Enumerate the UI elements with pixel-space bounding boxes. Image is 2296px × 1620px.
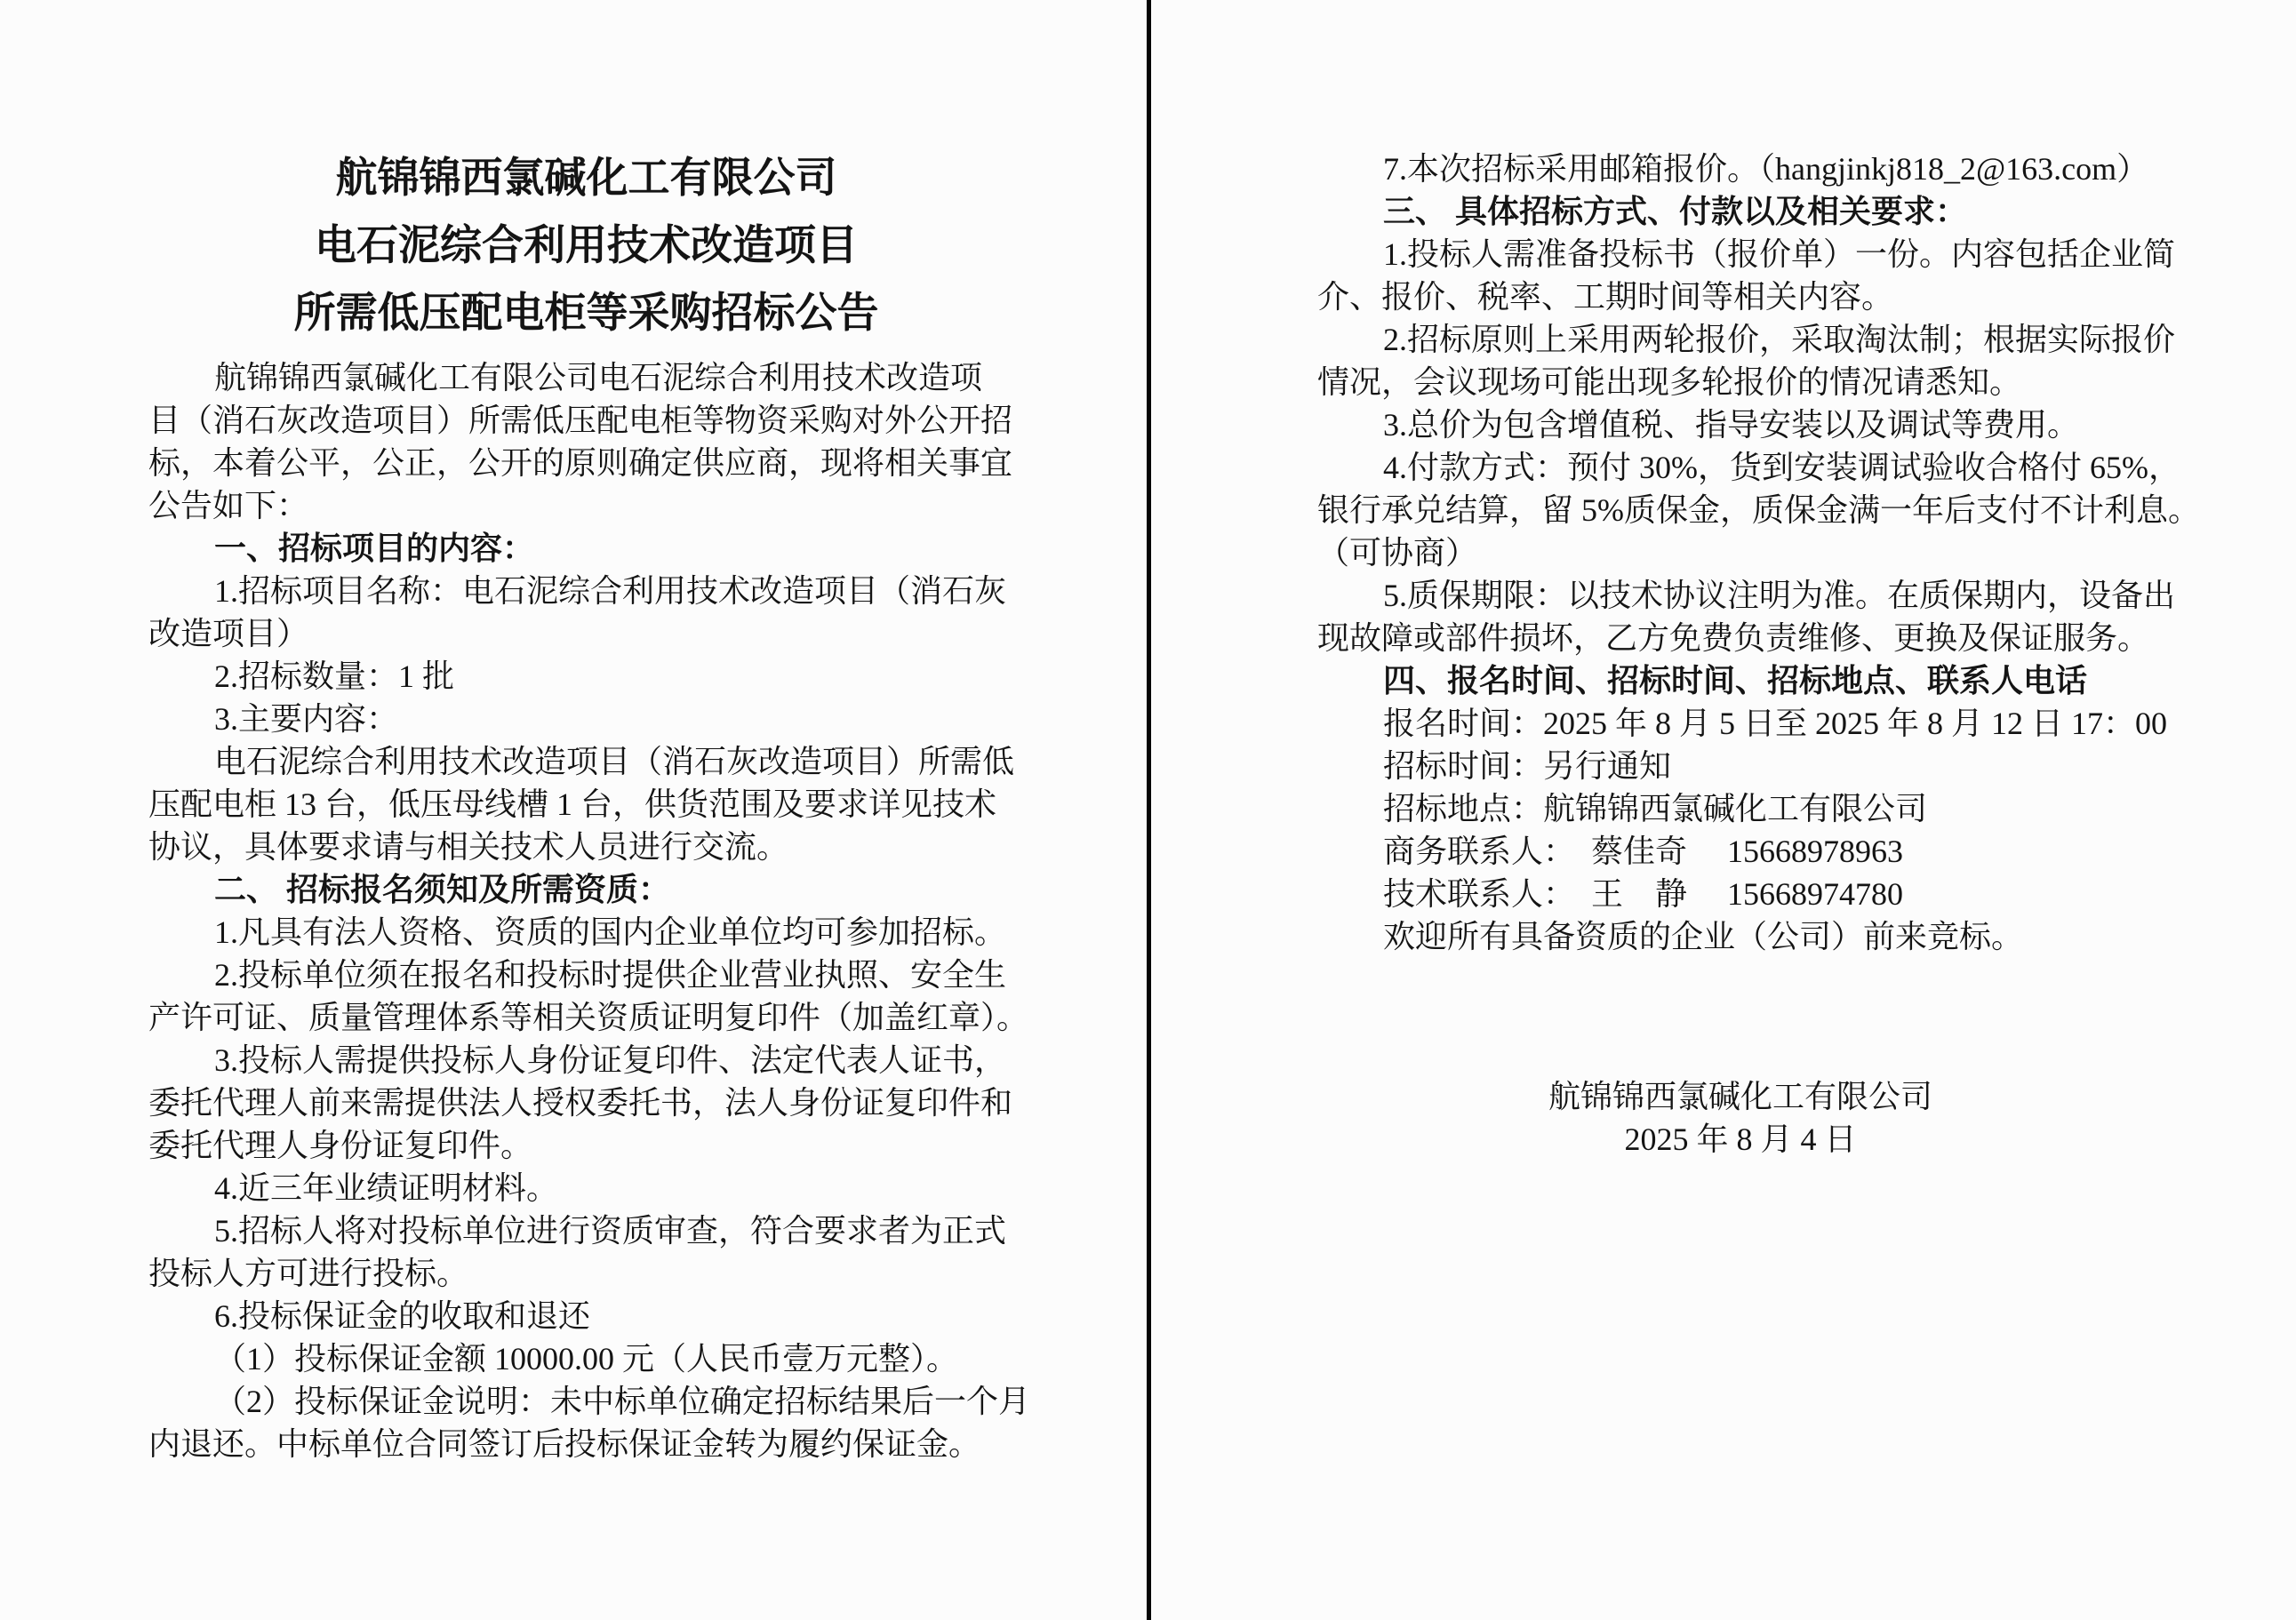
document-title: 航锦锦西氯碱化工有限公司 电石泥综合利用技术改造项目 所需低压配电柜等采购招标公…	[148, 145, 1024, 347]
page-right: 7.本次招标采用邮箱报价。（hangjinkj818_2@163.com） 三、…	[1317, 148, 2164, 1161]
signature-date: 2025 年 8 月 4 日	[1317, 1118, 2164, 1161]
text-line: 银行承兑结算，留 5%质保金，质保金满一年后支付不计利息。	[1317, 489, 2164, 531]
text-line: 欢迎所有具备资质的企业（公司）前来竞标。	[1317, 915, 2164, 958]
contact-line: 商务联系人： 蔡佳奇 15668978963	[1317, 830, 2164, 873]
text-line: 1.投标人需准备投标书（报价单）一份。内容包括企业简	[1317, 233, 2164, 275]
text-line: （可协商）	[1317, 531, 2164, 574]
text-line: 标，本着公平，公正，公开的原则确定供应商，现将相关事宜	[148, 442, 1024, 484]
text-line: 压配电柜 13 台，低压母线槽 1 台，供货范围及要求详见技术	[148, 783, 1024, 826]
text-line: 5.质保期限：以技术协议注明为准。在质保期内，设备出	[1317, 574, 2164, 617]
section-heading: 二、 招标报名须知及所需资质：	[148, 868, 1024, 911]
text-line: 3.总价为包含增值税、指导安装以及调试等费用。	[1317, 403, 2164, 446]
text-line: 2.招标原则上采用两轮报价，采取淘汰制；根据实际报价	[1317, 318, 2164, 361]
page-left: 航锦锦西氯碱化工有限公司 电石泥综合利用技术改造项目 所需低压配电柜等采购招标公…	[148, 145, 1024, 1465]
text-line: 委托代理人前来需提供法人授权委托书，法人身份证复印件和	[148, 1081, 1024, 1124]
text-line: 目（消石灰改造项目）所需低压配电柜等物资采购对外公开招	[148, 399, 1024, 442]
text-line: 委托代理人身份证复印件。	[148, 1124, 1024, 1167]
section-heading: 三、 具体招标方式、付款以及相关要求：	[1317, 190, 2164, 233]
signature-company: 航锦锦西氯碱化工有限公司	[1317, 1075, 2164, 1118]
text-line: 6.投标保证金的收取和退还	[148, 1295, 1024, 1337]
text-line: 介、报价、税率、工期时间等相关内容。	[1317, 275, 2164, 318]
text-line: 4.付款方式：预付 30%，货到安装调试验收合格付 65%，	[1317, 446, 2164, 489]
text-line: （2）投标保证金说明：未中标单位确定招标结果后一个月	[148, 1380, 1024, 1423]
contact-line: 技术联系人： 王 静 15668974780	[1317, 873, 2164, 915]
text-line: 电石泥综合利用技术改造项目（消石灰改造项目）所需低	[148, 740, 1024, 783]
doc-title-line: 电石泥综合利用技术改造项目	[148, 212, 1024, 280]
section-heading: 四、报名时间、招标时间、招标地点、联系人电话	[1317, 659, 2164, 702]
text-line: 协议，具体要求请与相关技术人员进行交流。	[148, 826, 1024, 868]
text-line: 3.主要内容：	[148, 698, 1024, 740]
doc-title-line: 航锦锦西氯碱化工有限公司	[148, 145, 1024, 212]
text-line: 现故障或部件损坏，乙方免费负责维修、更换及保证服务。	[1317, 617, 2164, 659]
text-line: 2.招标数量：1 批	[148, 655, 1024, 698]
text-line: 改造项目）	[148, 612, 1024, 655]
text-line: 招标时间：另行通知	[1317, 745, 2164, 787]
text-line: 航锦锦西氯碱化工有限公司电石泥综合利用技术改造项	[148, 356, 1024, 399]
left-page-body: 航锦锦西氯碱化工有限公司电石泥综合利用技术改造项 目（消石灰改造项目）所需低压配…	[148, 356, 1024, 1465]
text-line: 3.投标人需提供投标人身份证复印件、法定代表人证书，	[148, 1039, 1024, 1081]
text-line: 7.本次招标采用邮箱报价。（hangjinkj818_2@163.com）	[1317, 148, 2164, 190]
page-divider-line	[1147, 0, 1151, 1620]
text-line: （1）投标保证金额 10000.00 元（人民币壹万元整）。	[148, 1337, 1024, 1380]
text-line: 2.投标单位须在报名和投标时提供企业营业执照、安全生	[148, 954, 1024, 996]
text-line: 报名时间：2025 年 8 月 5 日至 2025 年 8 月 12 日 17：…	[1317, 702, 2164, 745]
doc-title-line: 所需低压配电柜等采购招标公告	[148, 280, 1024, 347]
text-line: 1.凡具有法人资格、资质的国内企业单位均可参加招标。	[148, 911, 1024, 954]
text-line: 投标人方可进行投标。	[148, 1252, 1024, 1295]
signature-block: 航锦锦西氯碱化工有限公司 2025 年 8 月 4 日	[1317, 1075, 2164, 1161]
section-heading: 一、招标项目的内容：	[148, 527, 1024, 570]
text-line: 产许可证、质量管理体系等相关资质证明复印件（加盖红章）。	[148, 996, 1024, 1039]
right-page-body: 7.本次招标采用邮箱报价。（hangjinkj818_2@163.com） 三、…	[1317, 148, 2164, 958]
text-line: 情况，会议现场可能出现多轮报价的情况请悉知。	[1317, 361, 2164, 403]
tender-announcement-scan: 航锦锦西氯碱化工有限公司 电石泥综合利用技术改造项目 所需低压配电柜等采购招标公…	[0, 0, 2296, 1620]
text-line: 4.近三年业绩证明材料。	[148, 1167, 1024, 1209]
text-line: 公告如下：	[148, 484, 1024, 527]
text-line: 1.招标项目名称：电石泥综合利用技术改造项目（消石灰	[148, 570, 1024, 612]
text-line: 内退还。中标单位合同签订后投标保证金转为履约保证金。	[148, 1423, 1024, 1465]
text-line: 招标地点：航锦锦西氯碱化工有限公司	[1317, 787, 2164, 830]
text-line: 5.招标人将对投标单位进行资质审查，符合要求者为正式	[148, 1209, 1024, 1252]
